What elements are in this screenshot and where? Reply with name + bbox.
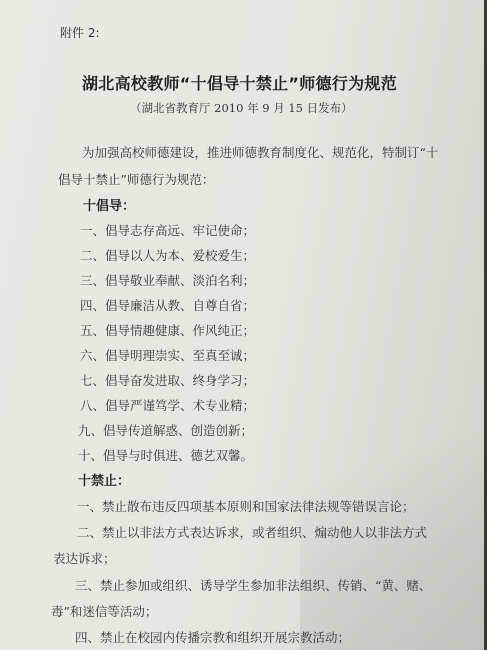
advocate-item: 七、倡导奋发进取、终身学习； [80,371,255,389]
advocate-item: 八、倡导严谨笃学、术专业精； [80,396,255,414]
prohibit-item-2-cont: 表达诉求； [53,549,116,567]
attachment-label: 附件 2: [60,24,100,41]
advocate-heading: 十倡导： [83,195,135,214]
prohibit-heading: 十禁止： [78,470,130,489]
prohibit-item-3-cont: 毒”和迷信等活动； [51,602,157,620]
advocate-item: 一、倡导志存高远、牢记使命； [80,221,255,239]
document-title: 湖北高校教师“十倡导十禁止”师德行为规范 [82,71,397,94]
prohibit-item-4: 四、禁止在校园内传播宗教和组织开展宗教活动； [75,628,350,646]
advocate-item: 六、倡导明理崇实、至真至诚； [80,346,255,364]
advocate-item: 二、倡导以人为本、爱校爱生； [80,246,255,264]
document-page: 附件 2: 湖北高校教师“十倡导十禁止”师德行为规范 （湖北省教育厅 2010 … [0,0,484,650]
prohibit-item-1: 一、禁止散布违反四项基本原则和国家法律法规等错误言论； [77,497,415,515]
advocate-item: 三、倡导敬业奉献、淡泊名利； [80,271,255,289]
intro-line-2: 倡导十禁止”师德行为规范： [58,170,214,188]
document-subtitle: （湖北省教育厅 2010 年 9 月 15 日发布） [130,100,353,116]
prohibit-item-2: 二、禁止以非法方式表达诉求，或者组织、煽动他人以非法方式 [77,523,427,541]
prohibit-item-3: 三、禁止参加或组织、诱导学生参加非法组织、传销、“黄、赌、 [75,576,431,594]
advocate-item: 五、倡导情趣健康、作风纯正； [80,321,255,339]
advocate-item: 十、倡导与时俱进、德艺双馨。 [78,446,253,464]
advocate-item: 四、倡导廉洁从教、自尊自省； [80,296,255,314]
intro-line-1: 为加强高校师德建设，推进师德教育制度化、规范化，特制订“十 [82,143,438,161]
advocate-item: 九、倡导传道解惑、创造创新； [78,421,253,439]
